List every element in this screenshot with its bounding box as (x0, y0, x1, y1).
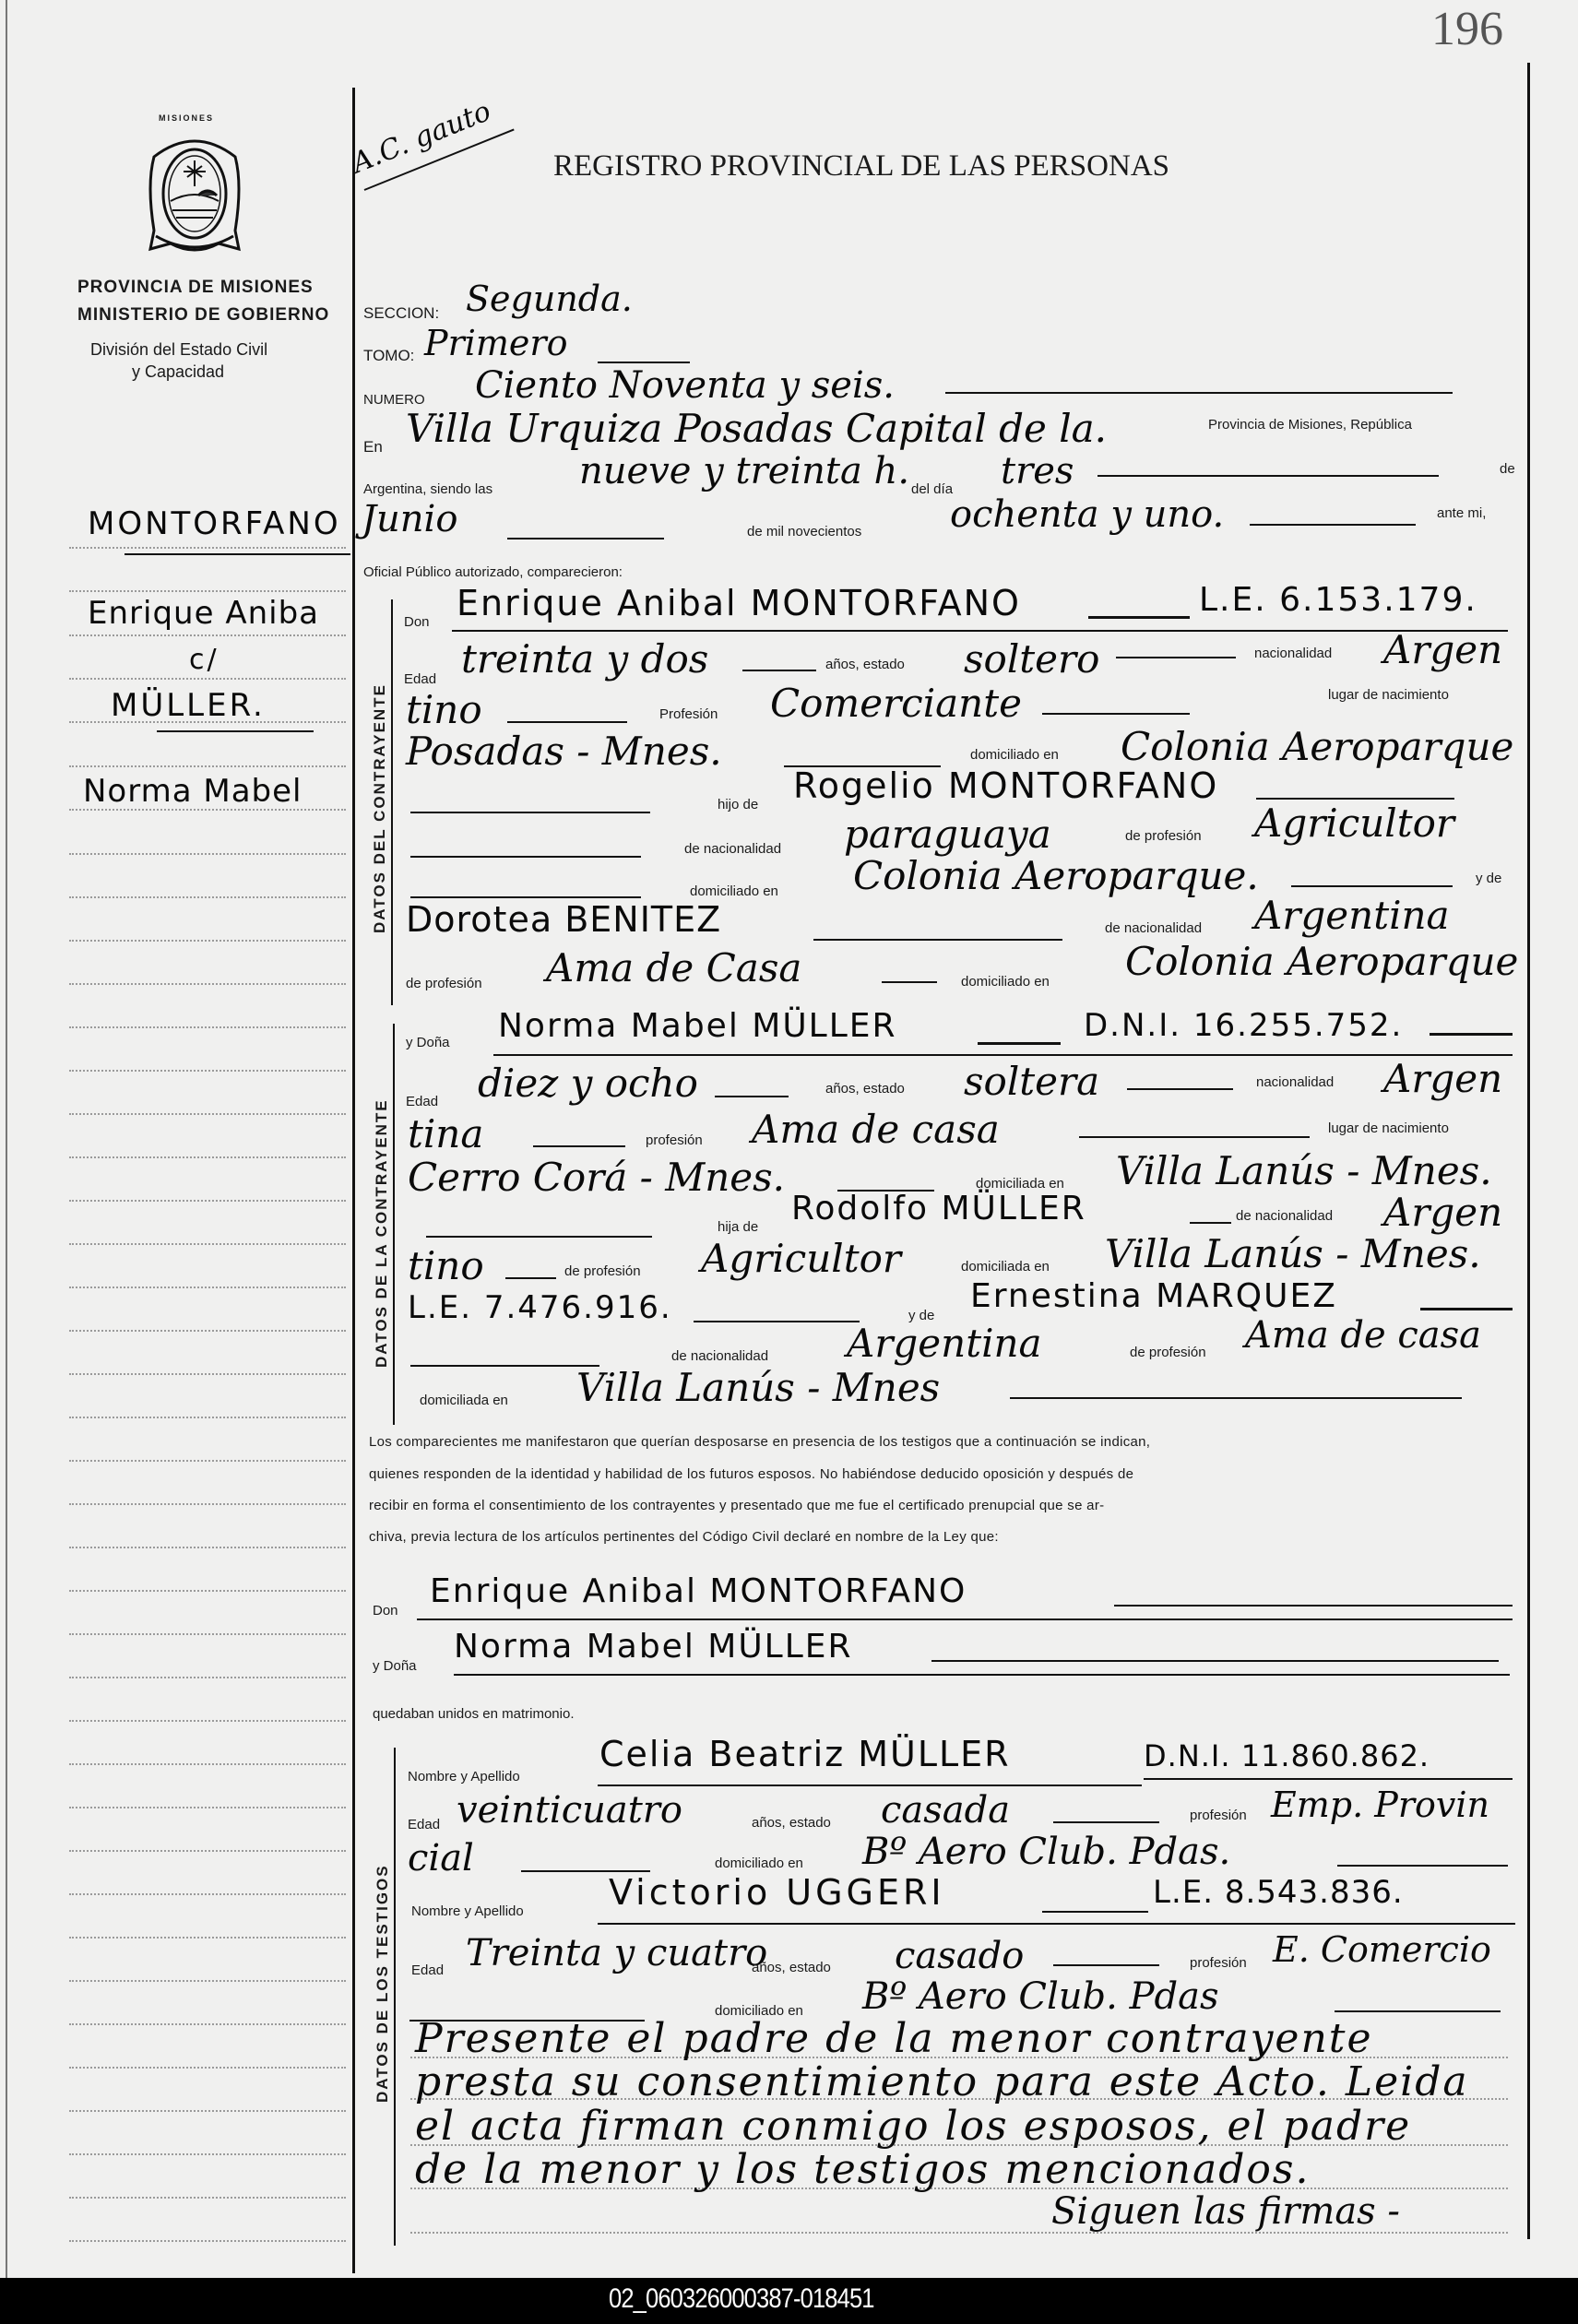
bride-mother-prof-label: de profesión (1130, 1345, 1206, 1360)
image-code: 02_060326000387-018451 (609, 2283, 874, 2315)
witness-1-profesion-label: profesión (1190, 1808, 1247, 1823)
groom-hijo-de-label: hijo de (718, 797, 758, 812)
groom-father-dom-fill (410, 896, 641, 898)
declaration-groom-fill (1114, 1605, 1513, 1607)
witness-2-name-fill (1042, 1911, 1148, 1913)
declaration-groom-name: Enrique Anibal MONTORFANO (430, 1572, 967, 1610)
groom-edad-value: treinta y dos (461, 636, 708, 682)
declaration-line-1: Los comparecientes me manifestaron que q… (369, 1434, 1150, 1450)
bride-profesion-value: Ama de casa (752, 1107, 1000, 1152)
groom-name: Enrique Anibal MONTORFANO (457, 583, 1021, 623)
groom-father-dom-line (1291, 885, 1453, 887)
bride-mother-dom-fill (1010, 1397, 1462, 1399)
bride-father-name: Rodolfo MÜLLER (791, 1190, 1086, 1227)
en-value: Villa Urquiza Posadas Capital de la. (406, 406, 1107, 451)
bride-father-fill (1190, 1222, 1231, 1224)
groom-mother-prof-fill (882, 981, 937, 983)
witness-2-estado-value: casado (895, 1935, 1024, 1977)
bride-mother-nac-fill (410, 1365, 599, 1367)
mes-fill (507, 538, 664, 539)
witness-1-profesion-value-1: Emp. Provin (1271, 1784, 1489, 1825)
page-number: 196 (1431, 2, 1503, 56)
bride-father-dom-value: Villa Lanús - Mnes. (1105, 1231, 1481, 1276)
agency-province: PROVINCIA DE MISIONES (77, 278, 314, 298)
agency-ministry: MINISTERIO DE GOBIERNO (77, 305, 329, 326)
bride-section-bracket (393, 1024, 395, 1425)
groom-mother-dom-label: domiciliado en (961, 974, 1050, 990)
argentina-text: Argentina, siendo las (363, 481, 492, 497)
bride-name-underline (493, 1054, 1513, 1056)
groom-mother-nac-value: Argentina (1254, 893, 1450, 938)
witness-2-profesion-value: E. Comercio (1273, 1929, 1491, 1970)
tomo-label: TOMO: (363, 347, 414, 365)
groom-mother-prof-value: Ama de Casa (546, 945, 801, 990)
ante-mi-label: ante mi, (1437, 505, 1486, 521)
groom-estado-fill (1116, 657, 1236, 658)
witness-1-doc-underline (1144, 1778, 1513, 1780)
hora-value: nueve y treinta h. (579, 450, 909, 492)
don-label: Don (404, 614, 430, 630)
bride-name-fill (978, 1042, 1061, 1045)
witness-1-name: Celia Beatriz MÜLLER (599, 1734, 1011, 1774)
bride-mother-prof-value: Ama de casa (1245, 1314, 1481, 1357)
bride-father-nac-label: de nacionalidad (1236, 1208, 1333, 1224)
seal-text: MISIONES (159, 113, 214, 123)
witness-1-edad-label: Edad (408, 1817, 440, 1832)
del-dia-label: del día (911, 481, 953, 497)
groom-father-nac-label: de nacionalidad (684, 841, 781, 857)
groom-profesion-label: Profesión (659, 706, 718, 722)
margin-surname-bride: MÜLLER. (111, 687, 266, 724)
numero-value: Ciento Noventa y seis. (475, 364, 895, 407)
witness-1-domiciliado-label: domiciliado en (715, 1856, 803, 1871)
bride-mother-dom-label: domiciliada en (420, 1393, 508, 1408)
de-label: de (1500, 461, 1515, 477)
document-title: REGISTRO PROVINCIAL DE LAS PERSONAS (553, 149, 1169, 184)
notes-line-5: Siguen las firmas - (1051, 2190, 1400, 2233)
bride-father-nac-fill (505, 1277, 556, 1279)
bride-nac-fill (533, 1145, 625, 1147)
numero-fill (945, 392, 1453, 394)
declaration-bride-underline (454, 1674, 1510, 1676)
groom-father-nac-value: paraguaya (844, 812, 1051, 857)
witness-1-estado-fill (1053, 1821, 1159, 1823)
bride-anios-estado-label: años, estado (825, 1081, 905, 1097)
agency-capacity: y Capacidad (132, 362, 224, 382)
witnesses-section-bracket (394, 1748, 396, 2246)
bride-mother-nac-label: de nacionalidad (671, 1348, 768, 1364)
margin-given-groom: Enrique Aniba (88, 595, 319, 632)
witness-2-profesion-label: profesión (1190, 1955, 1247, 1971)
witness-2-nombre-label: Nombre y Apellido (411, 1903, 524, 1919)
groom-father-prof-label: de profesión (1125, 828, 1202, 844)
groom-father-fill (1256, 798, 1454, 800)
dia-value: tres (1001, 450, 1074, 492)
witness-1-anios-estado-label: años, estado (752, 1815, 831, 1831)
notes-line-2: presta su consentimiento para este Acto.… (415, 2058, 1469, 2105)
bride-father-doc-fill (694, 1321, 860, 1322)
anio-fill (1250, 524, 1416, 526)
groom-edad-label: Edad (404, 671, 436, 687)
witness-1-domicilio-fill (1337, 1865, 1508, 1867)
groom-domicilio-value: Colonia Aeroparque (1121, 724, 1513, 769)
witness-1-profesion-value-2: cial (408, 1837, 474, 1879)
groom-domiciliado-label: domiciliado en (970, 747, 1059, 763)
tomo-fill (598, 362, 690, 363)
bride-edad-fill (715, 1096, 789, 1097)
witness-2-name-underline (598, 1923, 1515, 1925)
groom-estado-value: soltero (964, 636, 1099, 682)
groom-doc: L.E. 6.153.179. (1199, 581, 1477, 619)
bride-nacionalidad-label: nacionalidad (1256, 1074, 1334, 1090)
notes-line-1: Presente el padre de la menor contrayent… (415, 2015, 1373, 2062)
bride-estado-fill (1127, 1088, 1233, 1090)
bride-doc: D.N.I. 16.255.752. (1084, 1007, 1403, 1044)
margin-surname-groom: MONTORFANO (88, 505, 341, 542)
margin-given-bride: Norma Mabel (83, 773, 303, 810)
witness-2-edad-label: Edad (411, 1962, 444, 1978)
bride-hija-fill (426, 1236, 652, 1238)
witness-1-name-underline (598, 1784, 1142, 1786)
bride-doc-fill (1430, 1033, 1513, 1036)
bride-edad-label: Edad (406, 1094, 438, 1109)
witness-2-edad-value: Treinta y cuatro (466, 1932, 767, 1974)
bride-father-nac-value-1: Argen (1383, 1190, 1502, 1235)
bride-domicilio-value: Villa Lanús - Mnes. (1116, 1148, 1492, 1193)
seccion-value: Segunda. (466, 279, 633, 319)
notes-line-3: el acta firman conmigo los esposos, el p… (415, 2103, 1411, 2150)
witnesses-section-label: DATOS DE LOS TESTIGOS (374, 1864, 392, 2103)
seccion-label: SECCION: (363, 304, 439, 323)
witness-2-domicilio-value: Bº Aero Club. Pdas (862, 1975, 1218, 2018)
declaration-closing: quedaban unidos en matrimonio. (373, 1706, 574, 1722)
declaration-dona-label: y Doña (373, 1658, 417, 1674)
declaration-don-label: Don (373, 1603, 398, 1618)
page-edge (6, 0, 7, 2278)
groom-father-dom-label: domiciliado en (690, 883, 778, 899)
margin-underline-1 (125, 553, 350, 555)
mil-novecientos-label: de mil novecientos (747, 524, 861, 539)
bride-nacionalidad-value-1: Argen (1383, 1056, 1502, 1101)
bride-father-doc: L.E. 7.476.916. (408, 1289, 672, 1326)
agency-division: División del Estado Civil (90, 340, 267, 360)
bride-profesion-fill (1079, 1136, 1310, 1138)
bride-father-prof-label: de profesión (564, 1263, 641, 1279)
bride-lugar-nacimiento-value: Cerro Corá - Mnes. (408, 1155, 785, 1200)
tomo-value: Primero (424, 323, 567, 363)
bride-mother-nac-value: Argentina (847, 1321, 1042, 1366)
bride-father-nac-value-2: tino (408, 1243, 484, 1288)
groom-name-fill (1088, 616, 1190, 619)
groom-mother-dom-value: Colonia Aeroparque (1125, 939, 1518, 984)
province-seal-icon (143, 129, 246, 258)
bride-name: Norma Mabel MÜLLER (498, 1007, 897, 1045)
declaration-bride-name: Norma Mabel MÜLLER (454, 1628, 853, 1666)
scan-footer-bar: 02_060326000387-018451 (0, 2278, 1578, 2324)
document-page: 196 MISIONES PROVINCIA DE MISIONES MINIS… (0, 0, 1578, 2278)
en-label: En (363, 438, 383, 456)
oficial-text: Oficial Público autorizado, compareciero… (363, 564, 623, 580)
groom-name-underline (452, 630, 1508, 632)
bride-mother-fill (1420, 1308, 1513, 1310)
groom-mother-prof-label: de profesión (406, 976, 482, 991)
bride-estado-value: soltera (964, 1059, 1099, 1104)
declaration-line-4: chiva, previa lectura de los artículos p… (369, 1529, 999, 1545)
groom-nacionalidad-value-1: Argen (1383, 627, 1502, 672)
groom-father-dom-value: Colonia Aeroparque. (853, 853, 1259, 898)
groom-lugar-nacimiento-label: lugar de nacimiento (1328, 687, 1449, 703)
groom-section-label: DATOS DEL CONTRAYENTE (371, 683, 389, 933)
groom-profesion-fill (1042, 713, 1190, 715)
groom-father-name: Rogelio MONTORFANO (793, 765, 1218, 806)
groom-mother-fill (813, 939, 1062, 941)
witness-1-domicilio-value: Bº Aero Club. Pdas. (862, 1831, 1230, 1873)
witness-1-estado-value: casada (881, 1789, 1010, 1832)
groom-mother-name: Dorotea BENITEZ (406, 899, 721, 940)
witness-2-anios-estado-label: años, estado (752, 1960, 831, 1975)
declaration-groom-underline (417, 1618, 1513, 1620)
bride-mother-dom-value: Villa Lanús - Mnes (576, 1365, 940, 1410)
witness-2-doc: L.E. 8.543.836. (1153, 1874, 1404, 1911)
witness-2-estado-fill (1053, 1964, 1159, 1966)
declaration-line-2: quienes responden de la identidad y habi… (369, 1466, 1133, 1482)
dona-label: y Doña (406, 1035, 450, 1050)
margin-underline-2 (157, 730, 314, 732)
witness-2-name: Victorio UGGERI (609, 1872, 945, 1913)
bride-hija-de-label: hija de (718, 1219, 758, 1235)
witness-1-nombre-label: Nombre y Apellido (408, 1769, 520, 1784)
bride-mother-name: Ernestina MARQUEZ (970, 1277, 1337, 1315)
notes-line-4: de la menor y los testigos mencionados. (415, 2146, 1310, 2193)
bride-lugar-nacimiento-label: lugar de nacimiento (1328, 1120, 1449, 1136)
declaration-bride-fill (931, 1660, 1499, 1662)
margin-conjunction: c/ (189, 644, 219, 676)
groom-anios-estado-label: años, estado (825, 657, 905, 672)
groom-nac-fill (507, 721, 627, 723)
witness-1-doc: D.N.I. 11.860.862. (1144, 1738, 1430, 1773)
provincia-text: Provincia de Misiones, República (1208, 417, 1412, 433)
witness-1-edad-value: veinticuatro (457, 1789, 682, 1832)
groom-y-de-label: y de (1476, 871, 1501, 886)
groom-hijo-fill (410, 812, 650, 813)
bride-father-prof-value: Agricultor (701, 1236, 901, 1281)
bride-nacionalidad-value-2: tina (408, 1111, 483, 1156)
anio-value: ochenta y uno. (950, 493, 1224, 536)
bride-edad-value: diez y ocho (478, 1061, 698, 1106)
groom-father-prof-value: Agricultor (1254, 800, 1454, 846)
groom-lugar-nacimiento-value: Posadas - Mnes. (406, 729, 722, 774)
groom-profesion-value: Comerciante (770, 681, 1022, 726)
bride-profesion-label: profesión (646, 1132, 703, 1148)
witness-2-domicilio-fill (1335, 2010, 1501, 2012)
declaration-line-3: recibir en forma el consentimiento de lo… (369, 1498, 1104, 1513)
groom-mother-nac-label: de nacionalidad (1105, 920, 1202, 936)
groom-edad-fill (742, 670, 816, 671)
bride-father-dom-label: domiciliada en (961, 1259, 1050, 1275)
dia-fill (1097, 475, 1439, 477)
mes-value: Junio (362, 498, 457, 540)
groom-nacionalidad-label: nacionalidad (1254, 646, 1332, 661)
groom-father-nac-fill (410, 856, 641, 858)
groom-nacionalidad-value-2: tino (406, 687, 482, 732)
bride-section-label: DATOS DE LA CONTRAYENTE (373, 1098, 391, 1368)
right-border (1527, 63, 1530, 2239)
groom-section-bracket (391, 599, 393, 1005)
left-column-divider (352, 88, 355, 2273)
